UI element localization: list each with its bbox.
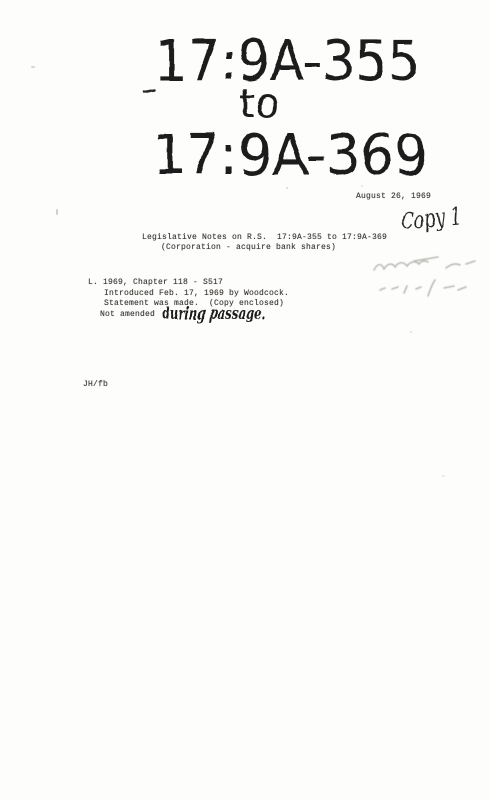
handwritten-to: to: [239, 81, 279, 127]
body-introduced-line: Introduced Feb. 17, 1969 by Woodcock.: [104, 289, 289, 299]
stray-pen-dash: [144, 91, 154, 93]
scanned-document-page: 17:9A-355 to 17:9A-369 Copy 1 during pas…: [0, 0, 489, 800]
body-statement-line: Statement was made. (Copy enclosed): [104, 299, 284, 309]
title-line-2: (Corporation - acquire bank shares): [161, 243, 336, 253]
handwritten-statute-range-start: 17:9A-355: [155, 29, 420, 94]
scan-speck: [286, 187, 288, 189]
scan-speck: [361, 185, 363, 187]
pencil-note: [374, 257, 475, 296]
scan-speck: [56, 209, 58, 215]
body-not-amended-line: Not amended: [100, 310, 155, 320]
copy-annotation: Copy 1: [400, 204, 462, 235]
scan-speck: [31, 66, 35, 68]
scan-speck: [410, 331, 412, 333]
title-line-1: Legislative Notes on R.S. 17:9A-355 to 1…: [142, 233, 387, 243]
handwriting-layer: 17:9A-355 to 17:9A-369 Copy 1 during pas…: [0, 0, 489, 800]
date-line: August 26, 1969: [356, 192, 431, 202]
typist-initials: JH/fb: [83, 380, 108, 390]
body-chapter-line: L. 1969, Chapter 118 - S517: [88, 278, 223, 288]
scan-speck: [442, 475, 445, 477]
handwritten-statute-range-end: 17:9A-369: [152, 123, 428, 188]
